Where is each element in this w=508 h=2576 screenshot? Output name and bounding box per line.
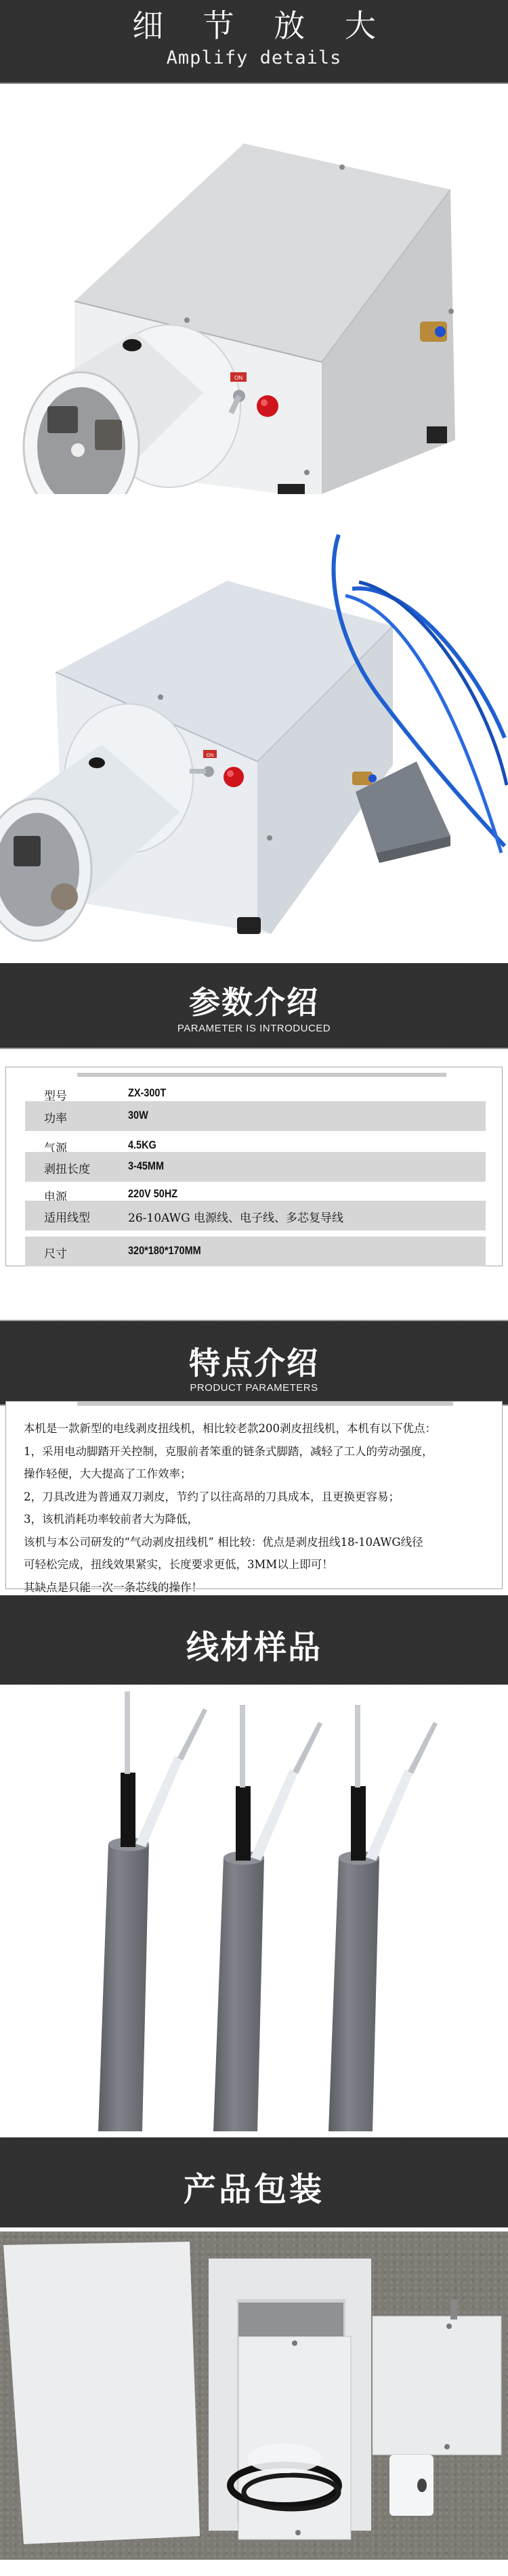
wire-samples-photo: [0, 1685, 508, 2137]
features-box: 本机是一款新型的电线剥皮扭线机，相比较老款200剥皮扭线机，本机有以下优点： 1…: [5, 1401, 503, 1589]
section-header-parameters: 参数介绍 PARAMETER IS INTRODUCED: [0, 963, 508, 1049]
section-subtitle: PRODUCT PARAMETERS: [0, 1382, 508, 1394]
section-subtitle: PARAMETER IS INTRODUCED: [0, 1023, 508, 1034]
svg-text:ON: ON: [207, 753, 214, 758]
section-subtitle: Amplify details: [0, 47, 508, 68]
spec-row-wire-types: 适用线型 26-10AWG 电源线、电子线、多芯复导线: [25, 1201, 486, 1230]
feature-line: 2，刀具改进为普通双刀剥皮，节约了以往高昂的刀具成本，且更换更容易；: [24, 1488, 490, 1511]
feature-line: 可轻松完成，扭线效果紧实，长度要求更低，3MM以上即可！: [24, 1555, 490, 1578]
feature-line: 操作轻便，大大提高了工作效率；: [24, 1465, 490, 1488]
product-photo-with-hose: ON: [0, 494, 508, 963]
section-header-packaging: 产品包装: [0, 2137, 508, 2227]
section-header-samples: 线材样品: [0, 1595, 508, 1685]
wire-sample-1: [98, 1691, 207, 2131]
spec-value: 4.5KG: [128, 1138, 156, 1152]
spec-value: 26-10AWG 电源线、电子线、多芯复导线: [128, 1208, 343, 1225]
packaging-photo: [0, 2231, 508, 2560]
spec-value: 320*180*170MM: [128, 1244, 201, 1258]
wire-sample-3: [329, 1705, 438, 2131]
spec-table: 型号 ZX-300T 功率 30W 气源 4.5KG 剥扭长度 3-45MM 电…: [5, 1067, 503, 1266]
spec-value: 220V 50HZ: [128, 1187, 177, 1201]
section-header-amplify: 细 节 放 大 Amplify details: [0, 0, 508, 84]
product-photo-front: ON: [0, 88, 508, 494]
spec-row-power: 功率 30W: [25, 1101, 486, 1131]
foam-lid: [3, 2242, 200, 2544]
feature-line: 3，该机消耗功率较前者大为降低，: [24, 1510, 490, 1533]
section-header-features: 特点介绍 PRODUCT PARAMETERS: [0, 1320, 508, 1406]
spec-label: 尺寸: [44, 1244, 67, 1261]
feature-line: 该机与本公司研发的“气动剥皮扭线机” 相比较：优点是剥皮扭线18-10AWG线径: [24, 1533, 490, 1556]
spec-label: 剥扭长度: [44, 1159, 90, 1176]
section-title: 产品包装: [0, 2163, 508, 2210]
spec-value: 3-45MM: [128, 1159, 164, 1173]
machine-unit: [373, 2316, 501, 2455]
spec-row-dimensions: 尺寸 320*180*170MM: [25, 1237, 486, 1266]
spec-value: 30W: [128, 1109, 148, 1122]
section-title: 参数介绍: [0, 978, 508, 1023]
section-title: 线材样品: [0, 1621, 508, 1668]
svg-text:ON: ON: [234, 375, 242, 381]
spec-value: ZX-300T: [128, 1086, 166, 1100]
decorative-bar: [77, 1073, 446, 1077]
feature-line: 本机是一款新型的电线剥皮扭线机，相比较老款200剥皮扭线机，本机有以下优点：: [24, 1419, 490, 1442]
spec-row-strip-length: 剥扭长度 3-45MM: [25, 1152, 486, 1182]
section-title: 特点介绍: [0, 1339, 508, 1383]
spec-label: 适用线型: [44, 1208, 90, 1225]
section-title: 细 节 放 大: [0, 1, 508, 46]
spec-label: 功率: [44, 1109, 67, 1126]
wire-sample-2: [213, 1705, 322, 2131]
feature-line: 1，采用电动脚踏开关控制，克服前者笨重的链条式脚踏，减轻了工人的劳动强度，: [24, 1442, 490, 1465]
decorative-bar: [77, 1402, 453, 1406]
